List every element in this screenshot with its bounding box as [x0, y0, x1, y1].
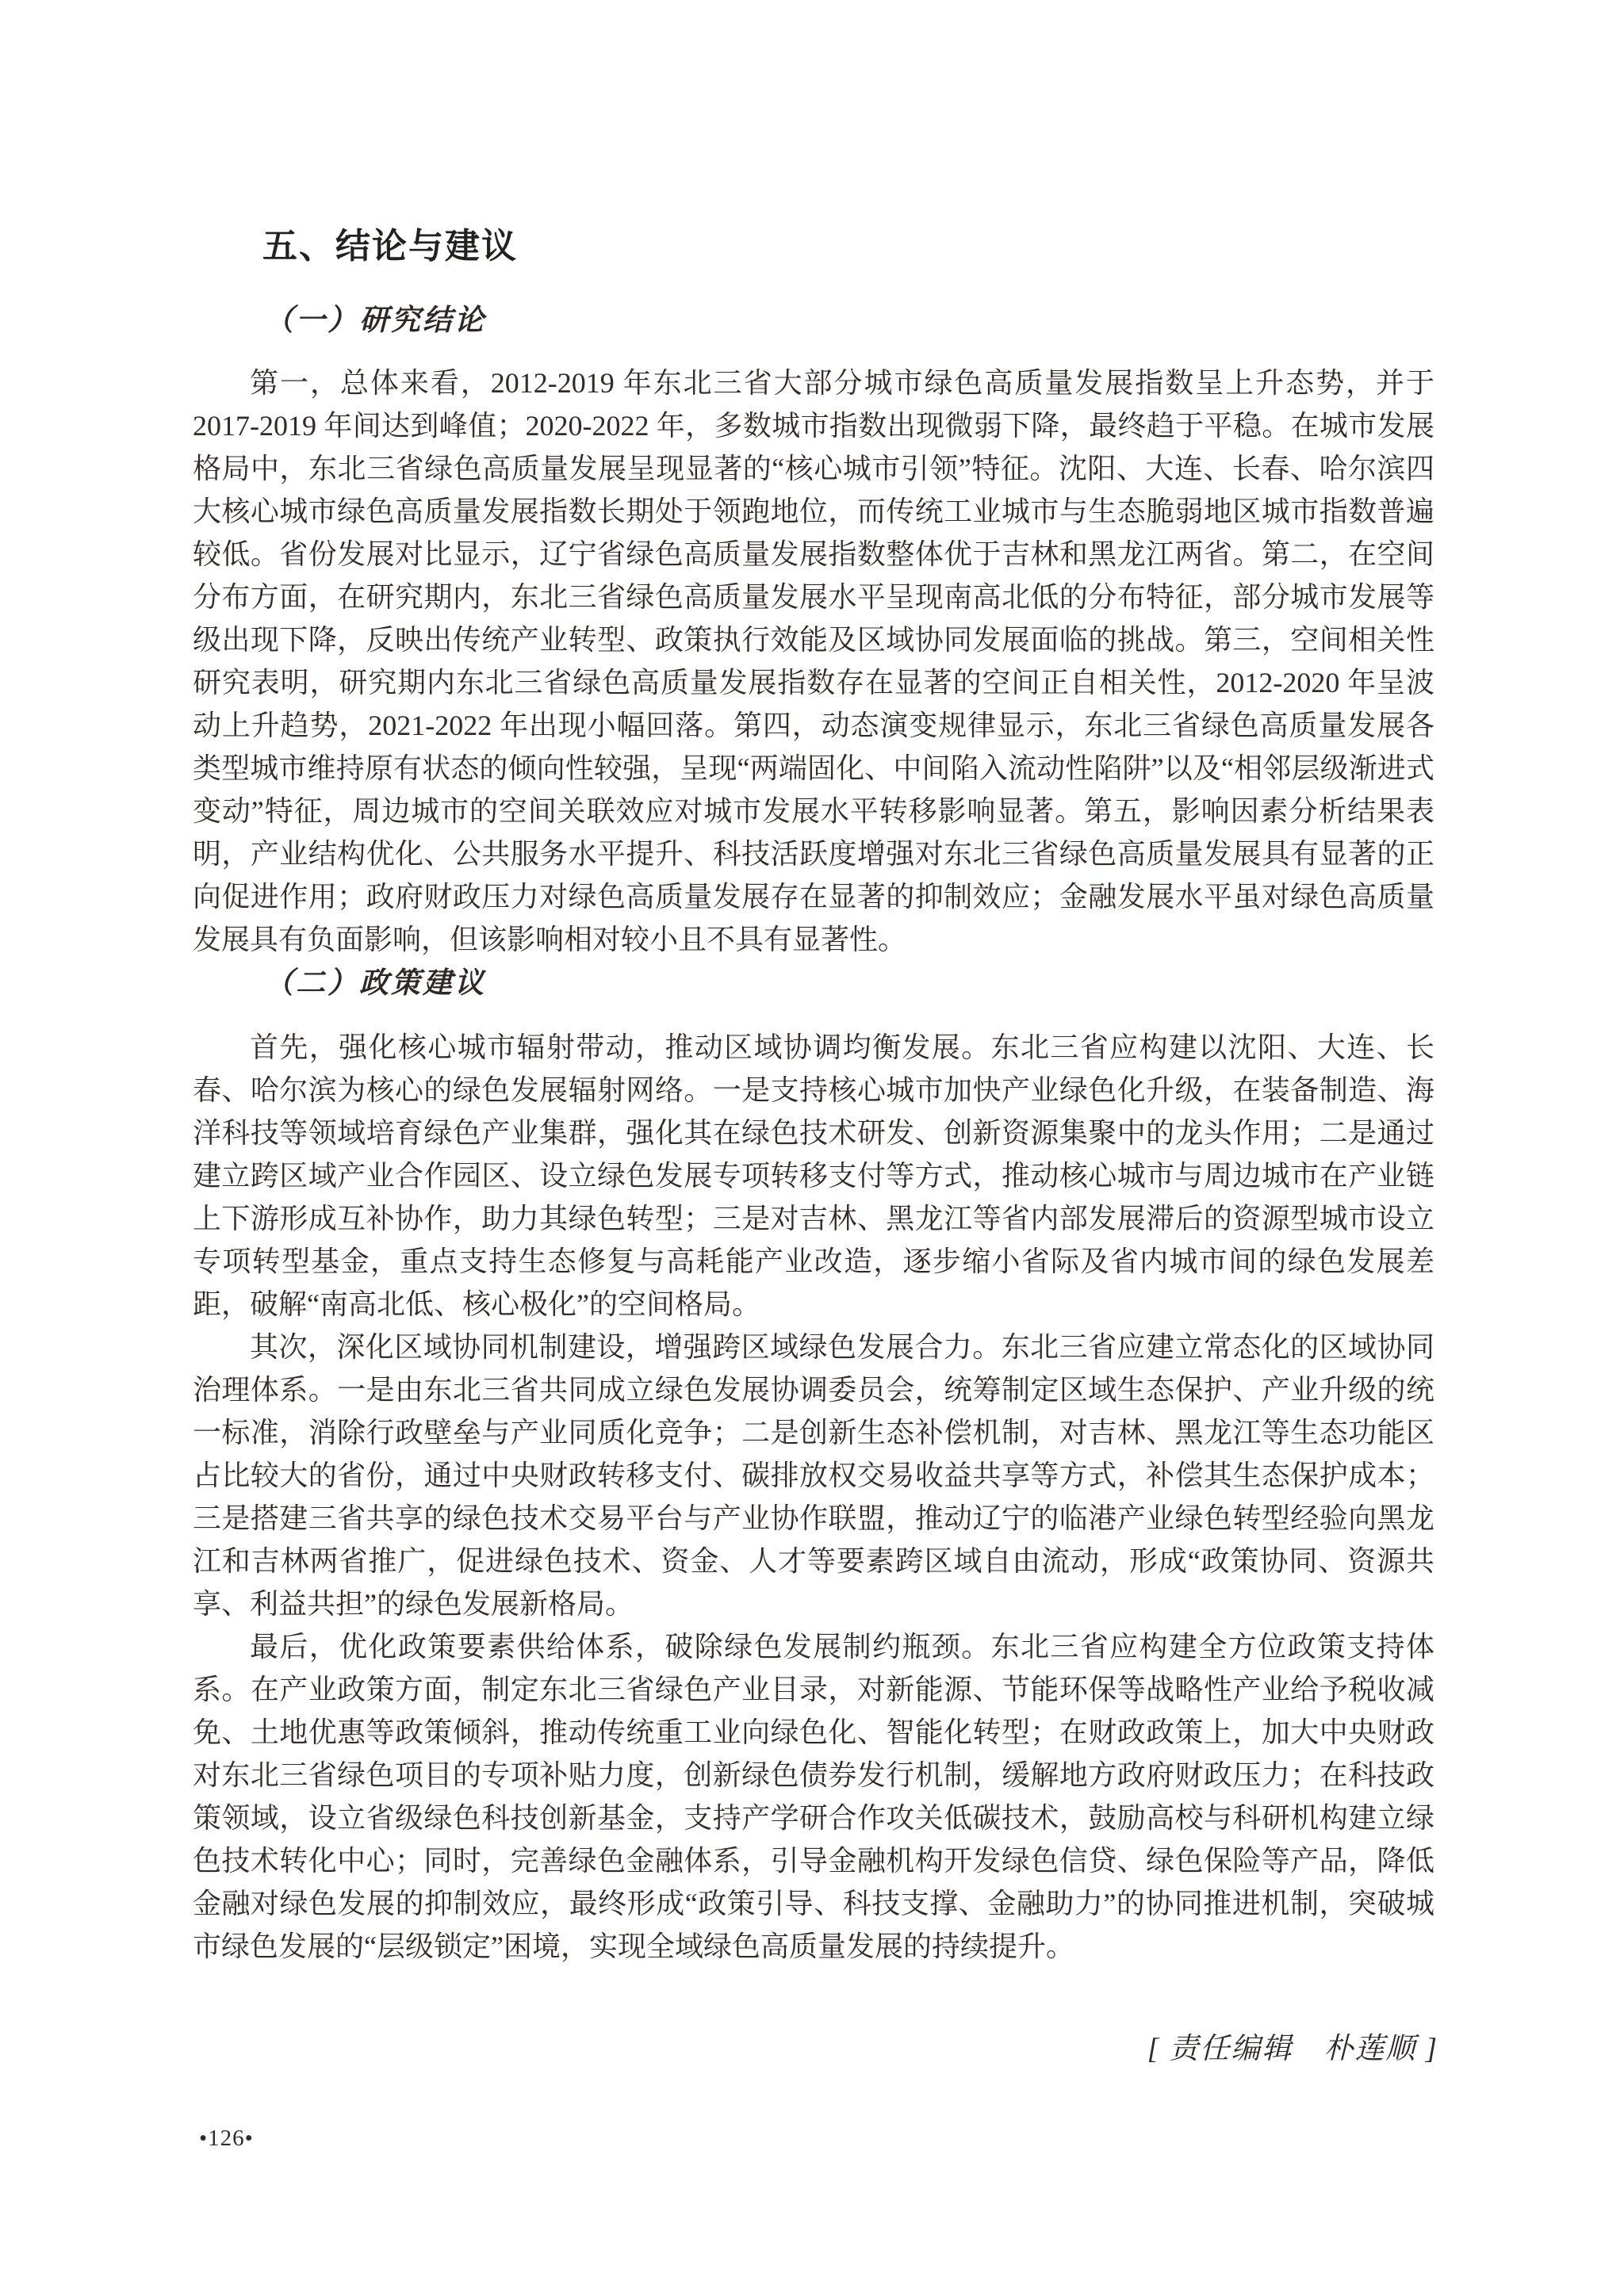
- paragraph-policy-third: 最后，优化政策要素供给体系，破除绿色发展制约瓶颈。东北三省应构建全方位政策支持体…: [193, 1625, 1434, 1968]
- paragraph-conclusions: 第一，总体来看，2012-2019 年东北三省大部分城市绿色高质量发展指数呈上升…: [193, 362, 1434, 961]
- paragraph-policy-first: 首先，强化核心城市辐射带动，推动区域协调均衡发展。东北三省应构建以沈阳、大连、长…: [193, 1026, 1434, 1326]
- subsection-heading-research-conclusions: （一）研究结论: [264, 304, 486, 338]
- editor-credit: [ 责任编辑 朴莲顺 ]: [1147, 2032, 1438, 2067]
- document-page: 五、结论与建议 （一）研究结论 第一，总体来看，2012-2019 年东北三省大…: [0, 0, 1624, 2296]
- subsection-heading-policy-recommendations: （二）政策建议: [264, 967, 486, 1001]
- paragraph-policy-second: 其次，深化区域协同机制建设，增强跨区域绿色发展合力。东北三省应建立常态化的区域协…: [193, 1326, 1434, 1625]
- policy-recommendations-text: 首先，强化核心城市辐射带动，推动区域协调均衡发展。东北三省应构建以沈阳、大连、长…: [193, 1026, 1434, 1968]
- research-conclusions-text: 第一，总体来看，2012-2019 年东北三省大部分城市绿色高质量发展指数呈上升…: [193, 362, 1434, 961]
- page-number: •126•: [199, 2125, 254, 2152]
- section-heading: 五、结论与建议: [262, 228, 518, 266]
